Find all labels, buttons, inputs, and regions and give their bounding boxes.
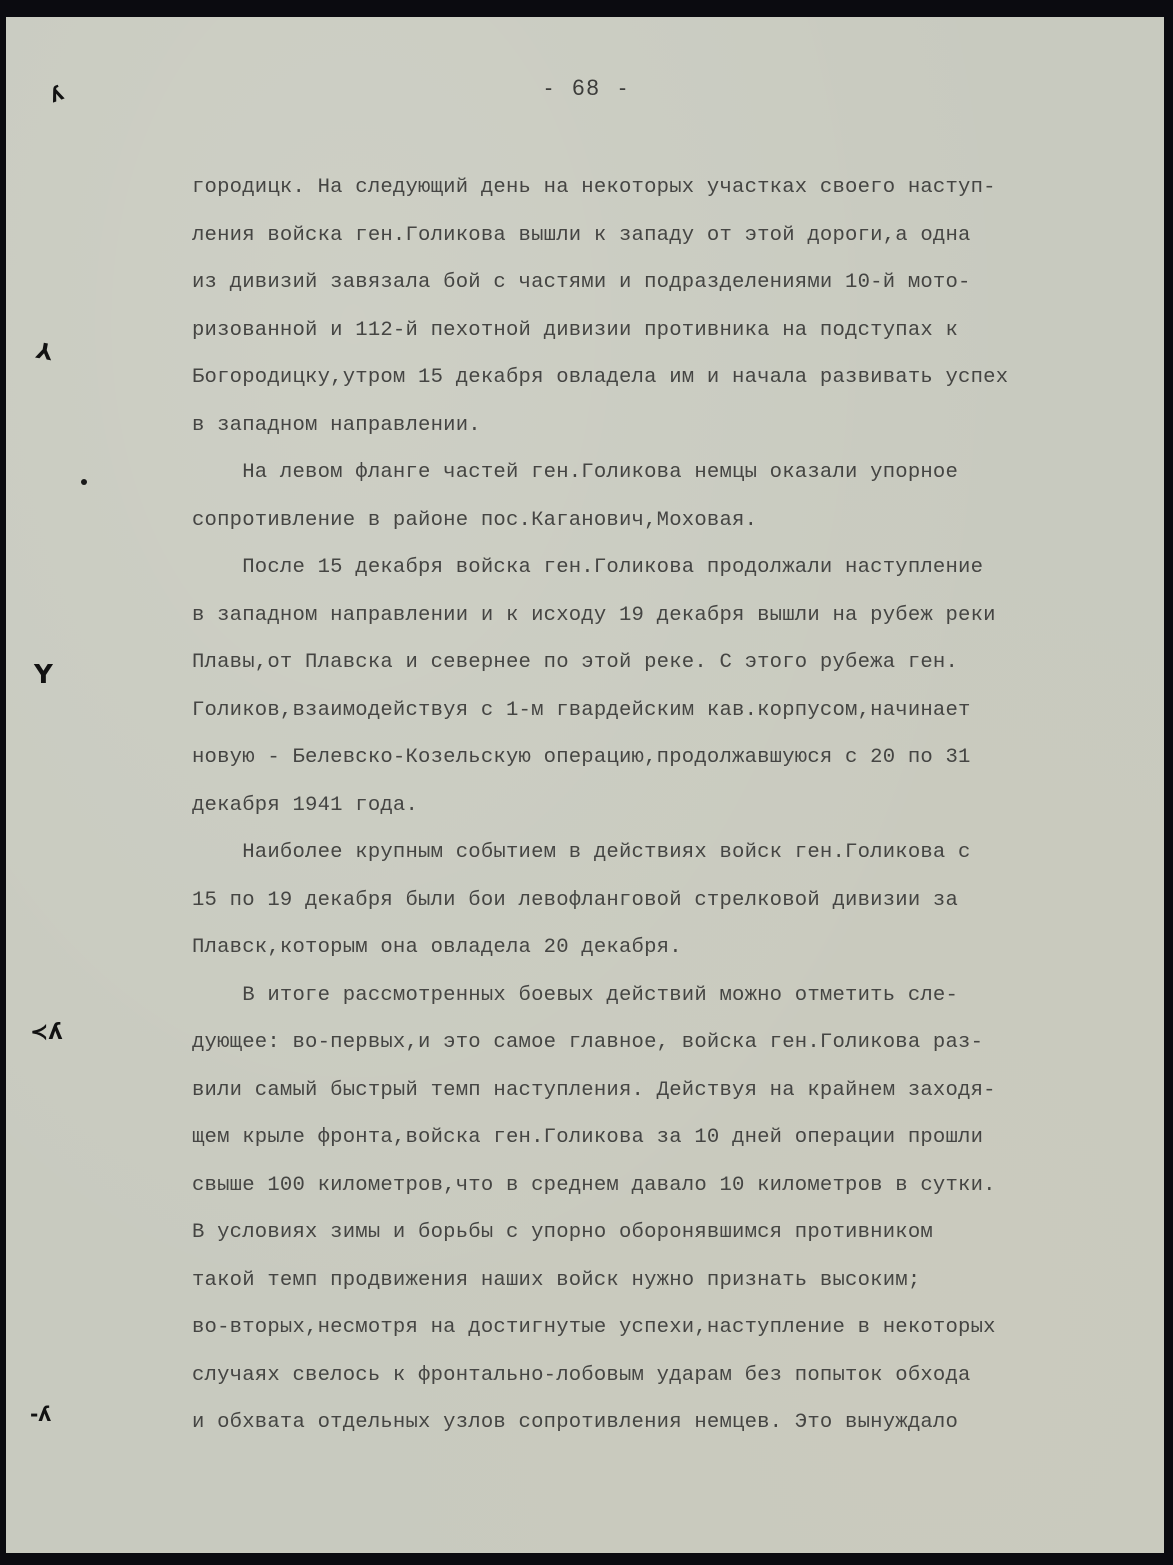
text-line: и обхвата отдельных узлов сопротивления … — [192, 1403, 1142, 1451]
text-line: декабря 1941 года. — [192, 786, 1142, 834]
text-line: После 15 декабря войска ген.Голикова про… — [192, 548, 1142, 596]
text-line: щем крыле фронта,войска ген.Голикова за … — [192, 1118, 1142, 1166]
text-line: В условиях зимы и борьбы с упорно оборон… — [192, 1213, 1142, 1261]
text-line: новую - Белевско-Козельскую операцию,про… — [192, 738, 1142, 786]
body-text: городицк. На следующий день на некоторых… — [192, 168, 1142, 1451]
page-number: - 68 - — [0, 75, 1173, 101]
text-line: случаях свелось к фронтально-лобовым уда… — [192, 1356, 1142, 1404]
text-line: в западном направлении и к исходу 19 дек… — [192, 596, 1142, 644]
text-line: Богородицку,утром 15 декабря овладела им… — [192, 358, 1142, 406]
binding-mark: ≺ʎ — [30, 1020, 63, 1045]
text-line: такой темп продвижения наших войск нужно… — [192, 1261, 1142, 1309]
text-line: 15 по 19 декабря были бои левофланговой … — [192, 881, 1142, 929]
text-line: вили самый быстрый темп наступления. Дей… — [192, 1071, 1142, 1119]
binding-mark: -ʎ — [30, 1402, 51, 1426]
text-line: Наиболее крупным событием в действиях во… — [192, 833, 1142, 881]
text-line: В итоге рассмотренных боевых действий мо… — [192, 976, 1142, 1024]
ink-speck — [81, 479, 87, 485]
text-line: свыше 100 километров,что в среднем давал… — [192, 1166, 1142, 1214]
text-line: городицк. На следующий день на некоторых… — [192, 168, 1142, 216]
text-line: Плавы,от Плавска и севернее по этой реке… — [192, 643, 1142, 691]
text-line: ризованной и 112-й пехотной дивизии прот… — [192, 311, 1142, 359]
binding-mark: Y — [34, 660, 53, 690]
text-line: ления войска ген.Голикова вышли к западу… — [192, 216, 1142, 264]
text-line: Плавск,которым она овладела 20 декабря. — [192, 928, 1142, 976]
text-line: во-вторых,несмотря на достигнутые успехи… — [192, 1308, 1142, 1356]
text-line: сопротивление в районе пос.Каганович,Мох… — [192, 501, 1142, 549]
text-line: Голиков,взаимодействуя с 1-м гвардейским… — [192, 691, 1142, 739]
text-line: в западном направлении. — [192, 406, 1142, 454]
text-line: из дивизий завязала бой с частями и подр… — [192, 263, 1142, 311]
text-line: дующее: во-первых,и это самое главное, в… — [192, 1023, 1142, 1071]
text-line: На левом фланге частей ген.Голикова немц… — [192, 453, 1142, 501]
